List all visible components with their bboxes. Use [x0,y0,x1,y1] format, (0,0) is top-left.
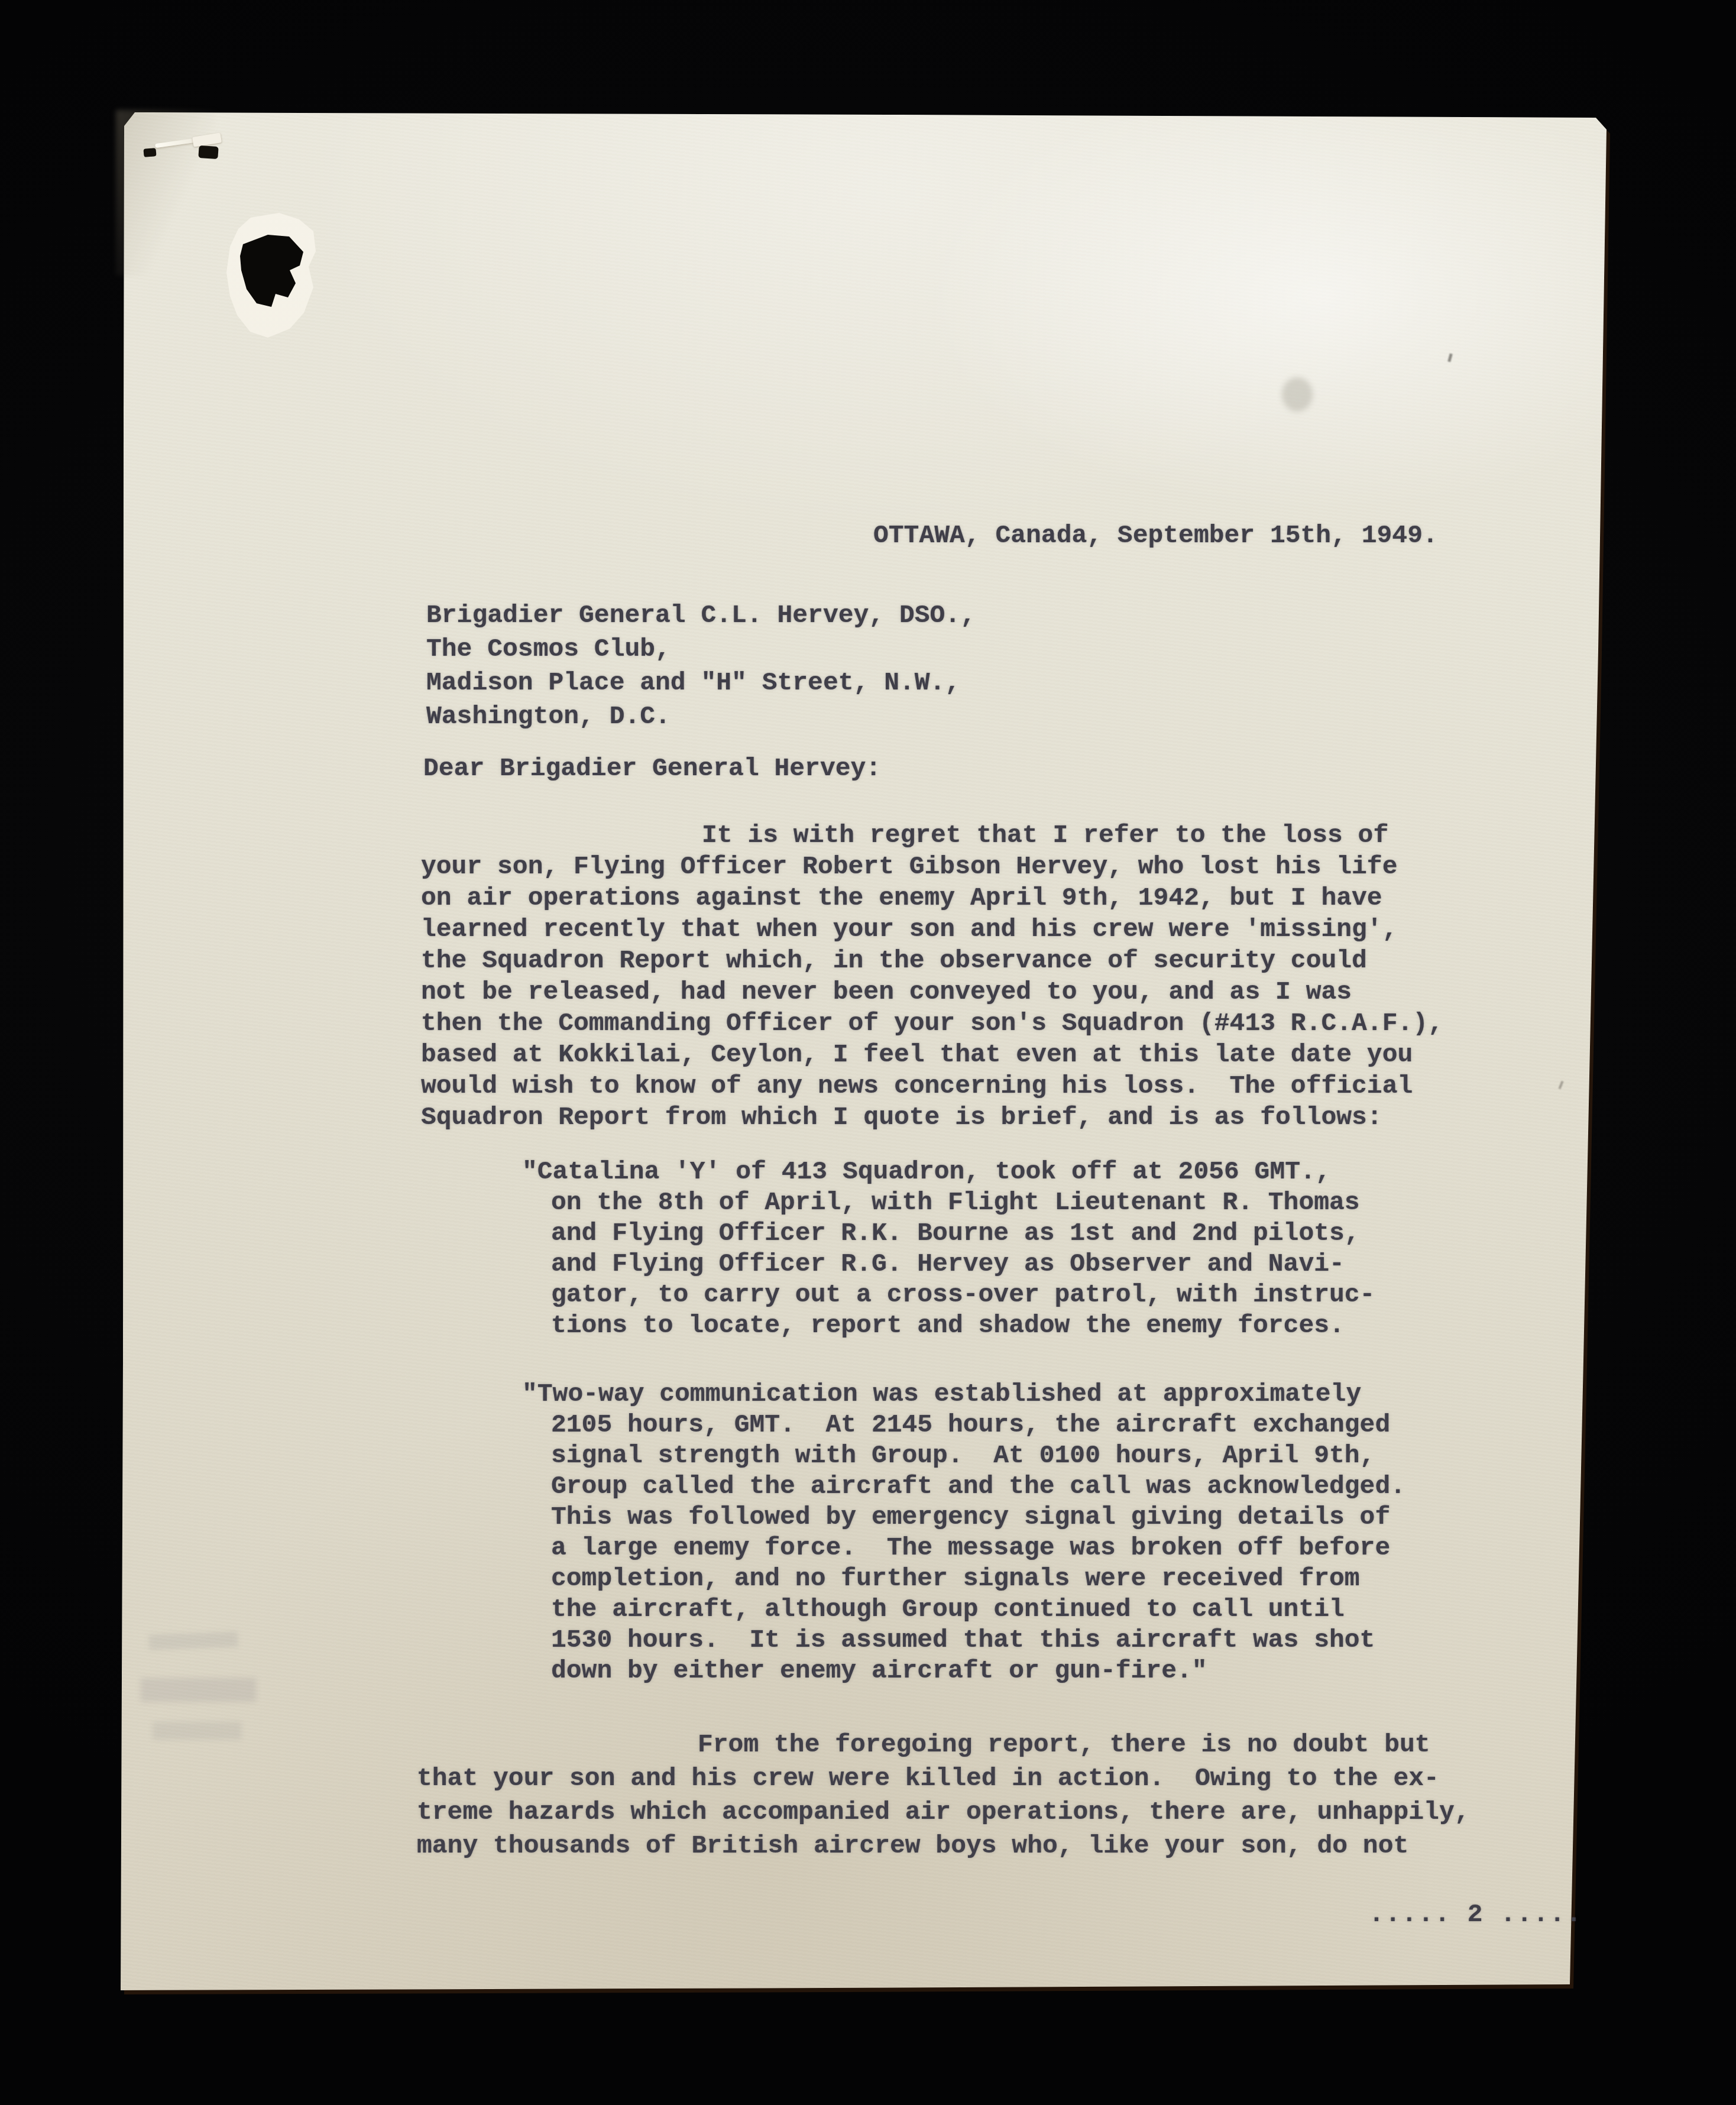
letter-line: the aircraft, although Group continued t… [551,1594,1405,1625]
letter-line: on air operations against the enemy Apri… [421,882,1443,914]
letter-block-para1: It is with regret that I refer to the lo… [421,820,1443,1133]
letter-line: The Cosmos Club, [426,632,976,666]
letter-line: tions to locate, report and shadow the e… [551,1310,1375,1341]
letter-line: This was followed by emergency signal gi… [551,1502,1405,1533]
letter-line: treme hazards which accompanied air oper… [417,1795,1470,1829]
letter-line: a large enemy force. The message was bro… [551,1533,1405,1563]
letter-line: not be released, had never been conveyed… [421,976,1443,1008]
letter-block-para2: From the foregoing report, there is no d… [417,1728,1470,1863]
scanned-letter-page: OTTAWA, Canada, September 15th, 1949.Bri… [0,0,1736,2105]
letter-line: From the foregoing report, there is no d… [417,1728,1470,1761]
letter-line: OTTAWA, Canada, September 15th, 1949. [873,520,1438,551]
letter-line: many thousands of British aircrew boys w… [417,1829,1470,1863]
letter-line: 1530 hours. It is assumed that this airc… [551,1625,1405,1656]
letter-block-address: Brigadier General C.L. Hervey, DSO.,The … [426,598,976,733]
letter-block-quote1: "Catalina 'Y' of 413 Squadron, took off … [551,1157,1375,1341]
letter-line: Squadron Report from which I quote is br… [421,1102,1443,1133]
letter-line: It is with regret that I refer to the lo… [421,820,1443,851]
letter-line: the Squadron Report which, in the observ… [421,945,1443,976]
letter-block-quote2: "Two-way communication was established a… [551,1379,1405,1686]
letter-line: that your son and his crew were killed i… [417,1761,1470,1795]
letter-line: Dear Brigadier General Hervey: [423,753,881,784]
letter-line: based at Kokkilai, Ceylon, I feel that e… [421,1039,1443,1070]
letter-line: Madison Place and "H" Street, N.W., [426,666,976,699]
letter-line: on the 8th of April, with Flight Lieuten… [551,1187,1375,1218]
letter-line: 2105 hours, GMT. At 2145 hours, the airc… [551,1410,1405,1440]
letter-line: signal strength with Group. At 0100 hour… [551,1440,1405,1471]
letter-line: completion, and no further signals were … [551,1563,1405,1594]
letter-text: OTTAWA, Canada, September 15th, 1949.Bri… [0,0,1736,2105]
letter-line: Group called the aircraft and the call w… [551,1471,1405,1502]
letter-line: and Flying Officer R.K. Bourne as 1st an… [551,1218,1375,1249]
letter-line: gator, to carry out a cross-over patrol,… [551,1280,1375,1310]
letter-line: Brigadier General C.L. Hervey, DSO., [426,598,976,632]
letter-line: "Two-way communication was established a… [551,1379,1405,1410]
letter-line: Washington, D.C. [426,699,976,733]
letter-block-footer: ..... 2 ..... [1369,1899,1582,1930]
letter-block-date: OTTAWA, Canada, September 15th, 1949. [873,520,1438,551]
letter-line: your son, Flying Officer Robert Gibson H… [421,851,1443,882]
letter-block-salutation: Dear Brigadier General Hervey: [423,753,881,784]
letter-line: down by either enemy aircraft or gun-fir… [551,1656,1405,1686]
letter-line: then the Commanding Officer of your son'… [421,1008,1443,1039]
letter-line: and Flying Officer R.G. Hervey as Observ… [551,1249,1375,1280]
letter-line: learned recently that when your son and … [421,914,1443,945]
letter-line: "Catalina 'Y' of 413 Squadron, took off … [551,1157,1375,1187]
letter-line: ..... 2 ..... [1369,1899,1582,1930]
letter-line: would wish to know of any news concernin… [421,1070,1443,1102]
